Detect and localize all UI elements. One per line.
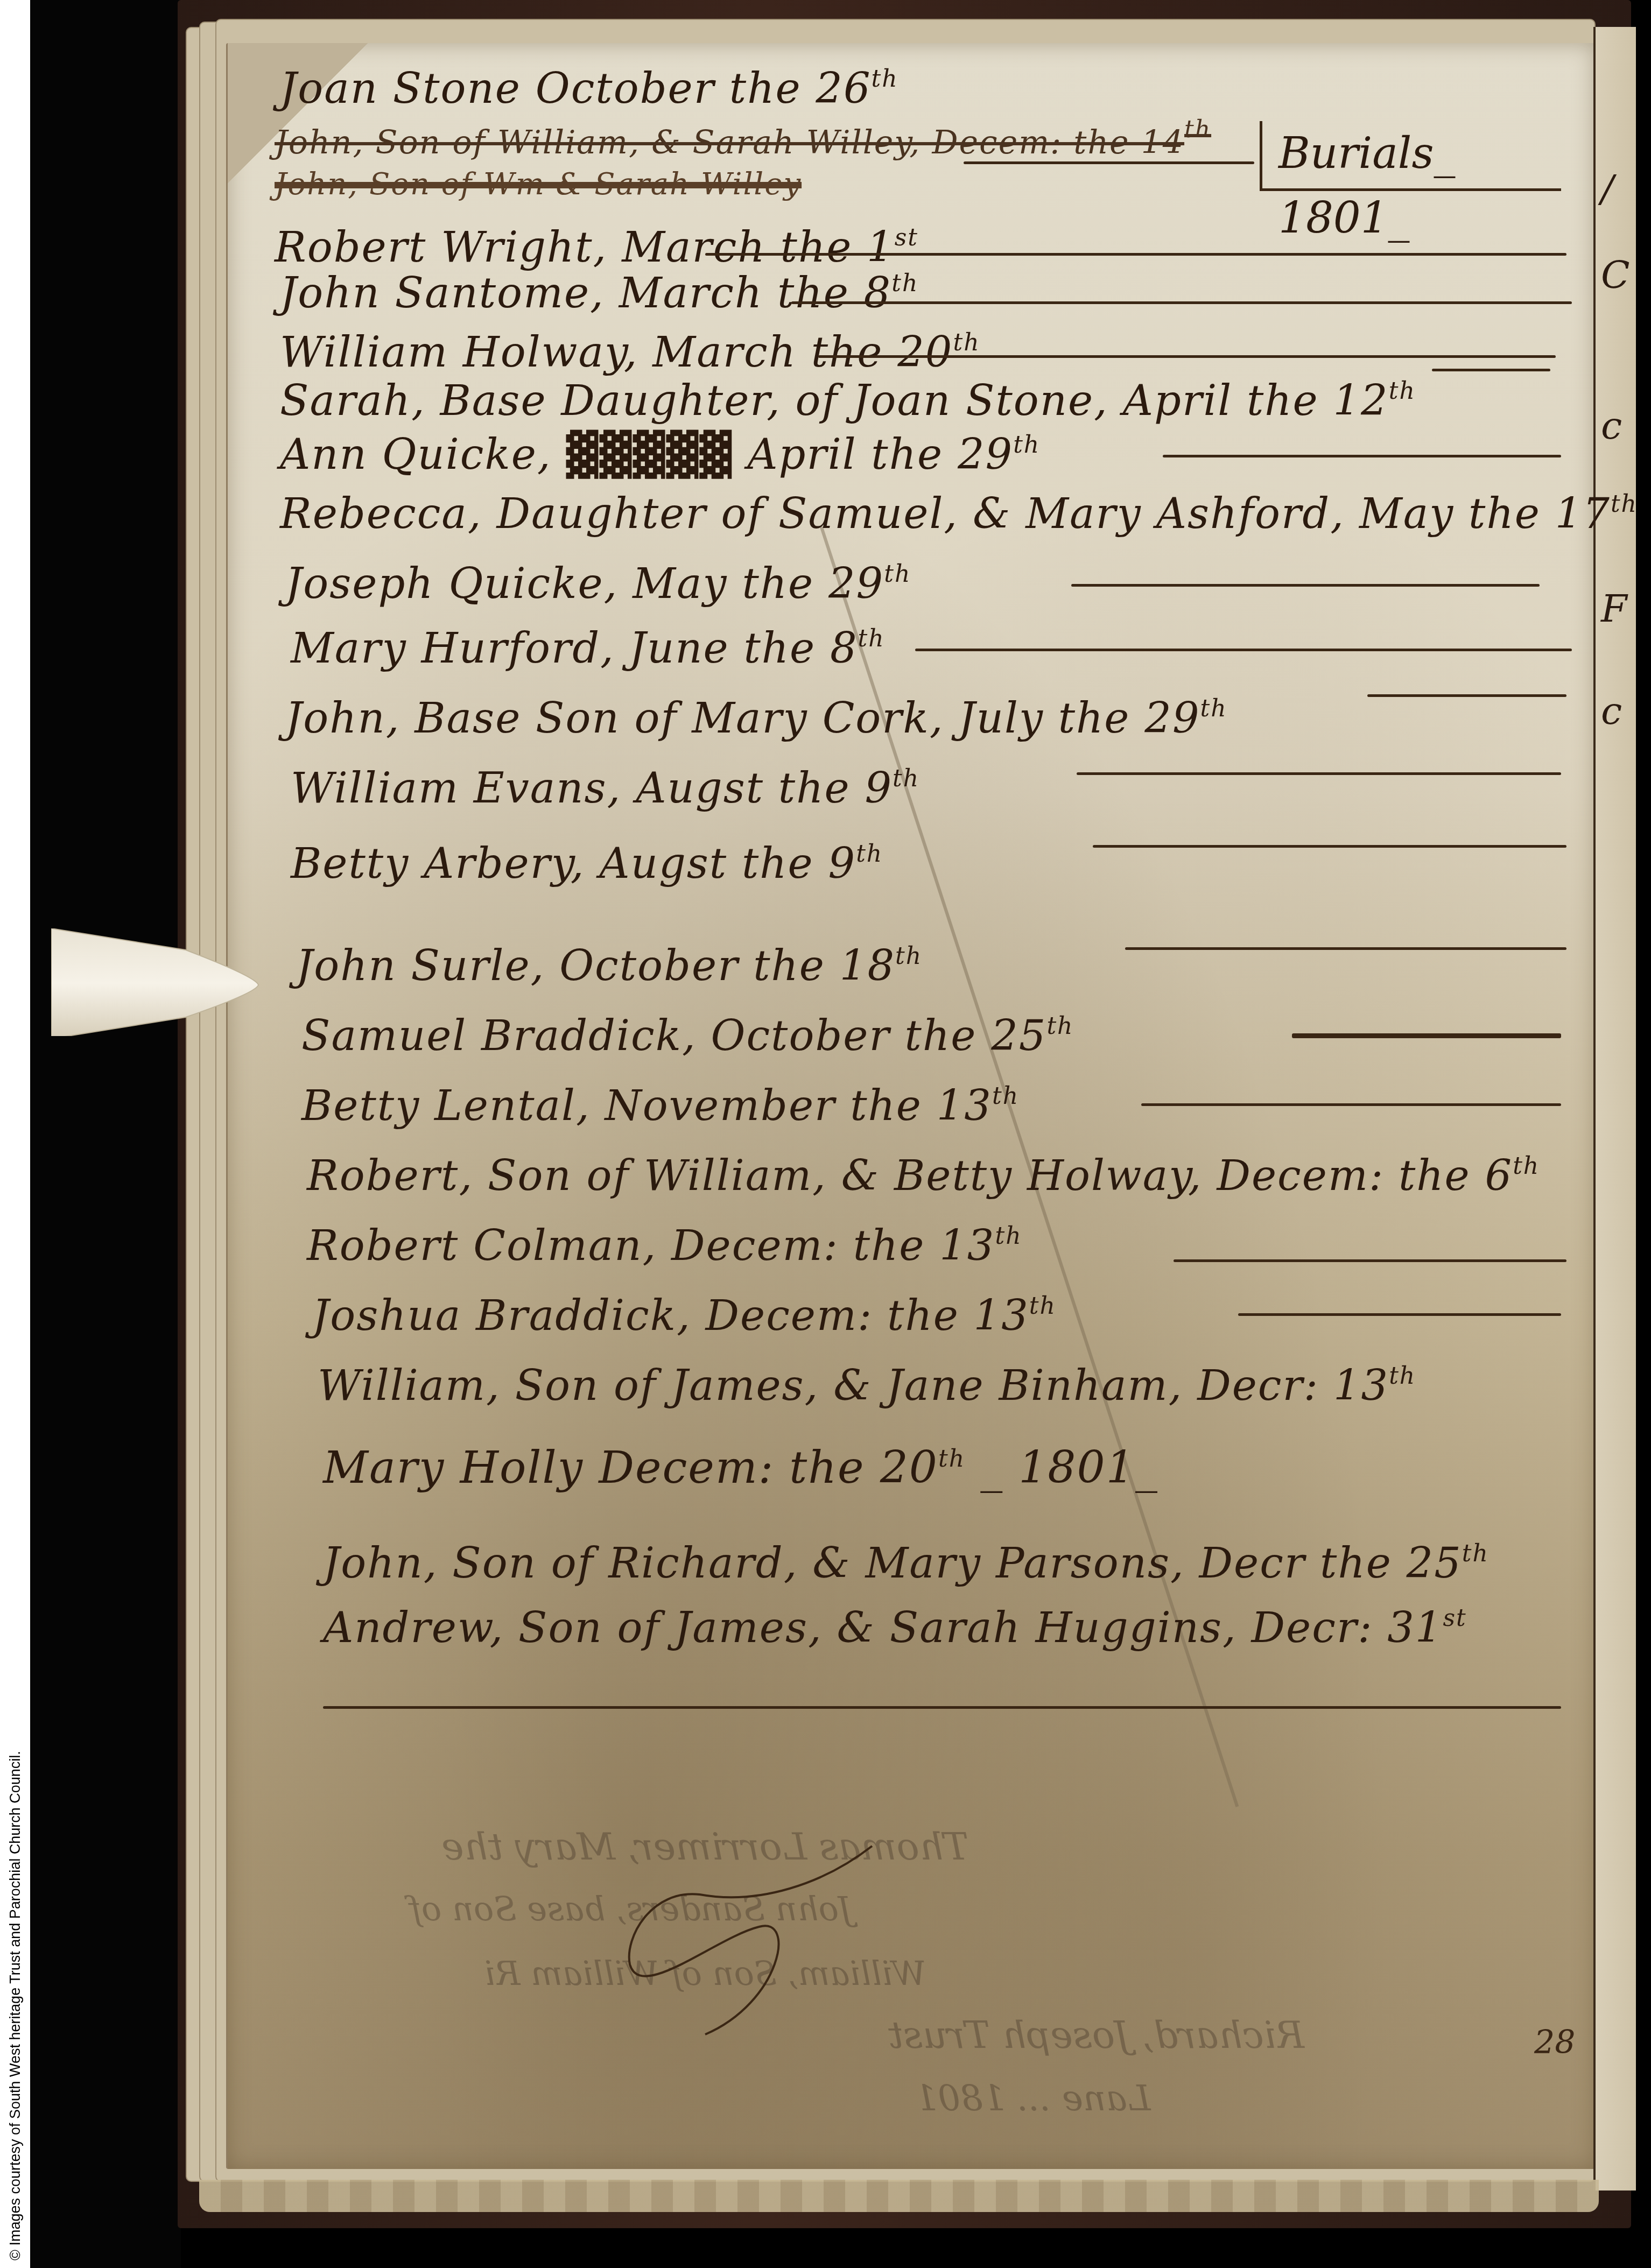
ruled-line [1163,455,1561,457]
burial-entry: Andrew, Son of James, & Sarah Huggins, D… [323,1604,1467,1652]
ruled-line [1071,584,1540,587]
ruled-line [791,301,1572,304]
facing-page-fragment: / [1601,167,1614,211]
burial-entry: John Santome, March the 8th [280,269,918,318]
burial-entry: Robert Colman, Decem: the 13th [307,1222,1022,1270]
ruled-line [915,649,1572,651]
page-bottom-edges [199,2180,1599,2212]
facing-page-fragment: c [1601,689,1622,733]
facing-page-fragment: c [1601,404,1622,448]
register-heading: Burials_ 1801_ [1260,121,1561,191]
closing-rule [323,1706,1561,1709]
folio-number: 28 [1534,2024,1575,2061]
burial-entry: John, Base Son of Mary Cork, July the 29… [285,694,1227,743]
burial-entry: Sarah, Base Daughter, of Joan Stone, Apr… [280,377,1416,425]
ruled-line [1141,1103,1561,1106]
facing-page-fragment: F [1601,587,1627,631]
burial-entry: John, Son of Richard, & Mary Parsons, De… [323,1539,1489,1588]
ruled-line [1292,1033,1561,1038]
burial-entry: William Holway, March the 20th [280,328,980,377]
burial-entry: Joan Stone October the 26th [280,65,898,113]
ruled-line [1093,845,1566,848]
burial-entry: Robert Wright, March the 1st [275,223,918,272]
ruled-line [1367,694,1566,697]
burial-entry-cancelled: John, Son of Wm & Sarah Willey [275,167,802,202]
ruled-line [818,355,1556,358]
facing-page-fragment: C [1601,253,1630,297]
burial-entry: Robert, Son of William, & Betty Holway, … [307,1152,1540,1200]
bone-folder-pointer [51,928,266,1036]
burial-entry: Joshua Braddick, Decem: the 13th [312,1292,1056,1340]
ruled-line [705,253,1566,256]
burial-entry-struck: John, Son of William, & Sarah Willey, De… [275,116,1211,161]
burial-entry: Joseph Quicke, May the 29th [285,560,911,608]
burial-entry: Mary Holly Decem: the 20th _ 1801_ [323,1442,1158,1494]
burial-entry: William Evans, Augst the 9th [291,764,919,813]
burial-entry: Betty Lental, November the 13th [301,1082,1019,1130]
burial-entry: Rebecca, Daughter of Samuel, & Mary Ashf… [280,490,1638,538]
ruled-line [1125,947,1566,950]
facing-page-edge: / C c F c [1593,27,1636,2190]
ruled-line [964,161,1249,164]
copyright-credit: © Images courtesy of South West heritage… [8,1751,23,2260]
ruled-line [1077,772,1561,775]
burial-entry: Ann Quicke, ▓▓▓▓▓ April the 29th [280,431,1040,479]
ruled-line [1174,1259,1566,1262]
burial-entry: John Surle, October the 18th [296,942,922,990]
credit-strip: © Images courtesy of South West heritage… [0,0,30,2268]
ruled-line [1432,369,1550,371]
burial-entry: Mary Hurford, June the 8th [291,624,885,673]
pen-flourish [619,1841,888,2045]
ruled-line [1238,1313,1561,1316]
show-through-text: Lane ... 1801 [915,2077,1151,2119]
burial-entry: Samuel Braddick, October the 25th [301,1012,1073,1060]
scan-background [30,0,181,2268]
burial-entry: Betty Arbery, Augst the 9th [291,840,883,888]
burial-entry: William, Son of James, & Jane Binham, De… [318,1362,1416,1410]
show-through-text: Richard, Joseph Trust [888,2013,1304,2057]
